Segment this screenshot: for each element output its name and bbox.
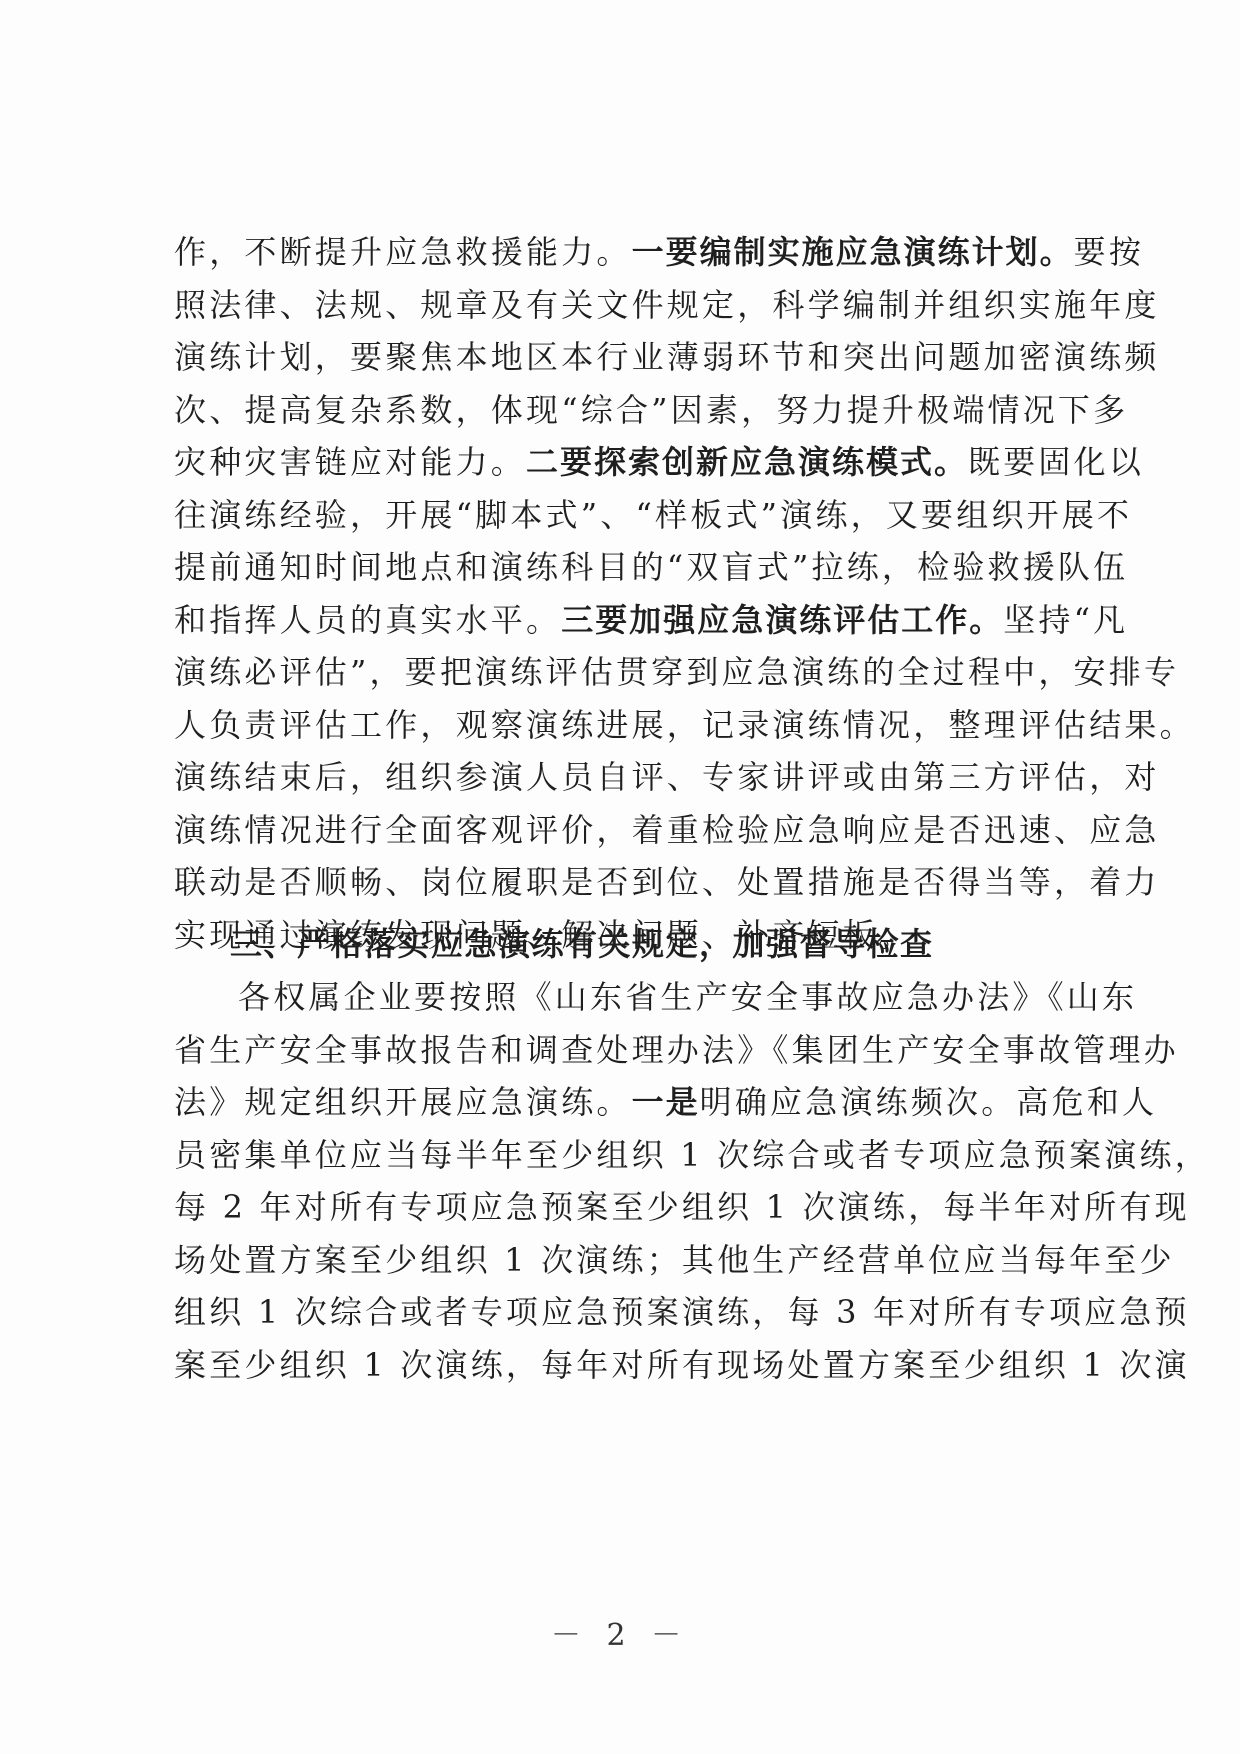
text-segment: 组织 1 次综合或者专项应急预案演练，每 3 年对所有专项应急预 [174,1293,1190,1331]
text-segment: 演练必评估”，要把演练评估贯穿到应急演练的全过程中，安排专 [174,653,1179,691]
text-line: 和指挥人员的真实水平。三要加强应急演练评估工作。坚持“凡 [174,600,1128,640]
text-segment: 提前通知时间地点和演练科目的“双盲式”拉练，检验救援队伍 [174,548,1128,586]
text-segment: 每 2 年对所有专项应急预案至少组织 1 次演练，每半年对所有现 [174,1188,1190,1226]
text-segment: 演练结束后，组织参演人员自评、专家讲评或由第三方评估，对 [174,758,1160,796]
text-segment: 坚持“凡 [1003,601,1128,639]
text-segment: 人负责评估工作，观察演练进展，记录演练情况，整理评估结果。 [174,706,1195,744]
bold-phrase: 二要探索创新应急演练模式。 [526,443,968,481]
page-number: － 2 － [0,1610,1240,1654]
text-line: 作，不断提升应急救援能力。一要编制实施应急演练计划。要按 [174,232,1144,272]
text-line: 省生产安全事故报告和调查处理办法》《集团生产安全事故管理办 [174,1030,1179,1070]
text-segment: 演练情况进行全面客观评价，着重检验应急响应是否迅速、应急 [174,811,1160,849]
text-line: 人负责评估工作，观察演练进展，记录演练情况，整理评估结果。 [174,705,1195,745]
text-line: 每 2 年对所有专项应急预案至少组织 1 次演练，每半年对所有现 [174,1187,1190,1227]
text-segment: 灾种灾害链应对能力。 [174,443,526,481]
text-segment: 案至少组织 1 次演练，每年对所有现场处置方案至少组织 1 次演 [174,1346,1190,1384]
text-line: 联动是否顺畅、岗位履职是否到位、处置措施是否得当等，着力 [174,862,1160,902]
text-line: 照法律、法规、规章及有关文件规定，科学编制并组织实施年度 [174,285,1160,325]
text-line: 演练情况进行全面客观评价，着重检验应急响应是否迅速、应急 [174,810,1160,850]
text-segment: 联动是否顺畅、岗位履职是否到位、处置措施是否得当等，着力 [174,863,1160,901]
section-heading: 三、严格落实应急演练有关规定，加强督导检查 [230,924,934,964]
text-line: 员密集单位应当每半年至少组织 1 次综合或者专项应急预案演练， [174,1135,1210,1175]
bold-phrase: 三要加强应急演练评估工作。 [561,601,1003,639]
text-line: 各权属企业要按照《山东省生产安全事故应急办法》《山东 [238,977,1137,1017]
text-segment: 既要固化以 [968,443,1144,481]
bold-phrase: 一要编制实施应急演练计划。 [632,233,1074,271]
text-line: 灾种灾害链应对能力。二要探索创新应急演练模式。既要固化以 [174,442,1144,482]
text-segment: 要按 [1074,233,1144,271]
bold-phrase: 一是 [632,1083,700,1121]
text-segment: 和指挥人员的真实水平。 [174,601,561,639]
text-line: 次、提高复杂系数，体现“综合”因素，努力提升极端情况下多 [174,390,1128,430]
text-line: 演练必评估”，要把演练评估贯穿到应急演练的全过程中，安排专 [174,652,1179,692]
text-segment: 各权属企业要按照《山东省生产安全事故应急办法》《山东 [238,978,1137,1016]
text-segment: 次、提高复杂系数，体现“综合”因素，努力提升极端情况下多 [174,391,1128,429]
text-segment: 往演练经验，开展“脚本式”、“样板式”演练，又要组织开展不 [174,496,1132,534]
text-line: 演练计划，要聚焦本地区本行业薄弱环节和突出问题加密演练频 [174,337,1160,377]
text-line: 往演练经验，开展“脚本式”、“样板式”演练，又要组织开展不 [174,495,1132,535]
text-segment: 员密集单位应当每半年至少组织 1 次综合或者专项应急预案演练， [174,1136,1210,1174]
text-segment: 场处置方案至少组织 1 次演练；其他生产经营单位应当每年至少 [174,1241,1175,1279]
text-segment: 作，不断提升应急救援能力。 [174,233,632,271]
text-segment: 照法律、法规、规章及有关文件规定，科学编制并组织实施年度 [174,286,1160,324]
text-line: 案至少组织 1 次演练，每年对所有现场处置方案至少组织 1 次演 [174,1345,1190,1385]
text-segment: 省生产安全事故报告和调查处理办法》《集团生产安全事故管理办 [174,1031,1179,1069]
text-segment: 明确应急演练频次。高危和人 [700,1083,1158,1121]
text-line: 组织 1 次综合或者专项应急预案演练，每 3 年对所有专项应急预 [174,1292,1190,1332]
text-line: 场处置方案至少组织 1 次演练；其他生产经营单位应当每年至少 [174,1240,1175,1280]
text-line: 提前通知时间地点和演练科目的“双盲式”拉练，检验救援队伍 [174,547,1128,587]
text-segment: 演练计划，要聚焦本地区本行业薄弱环节和突出问题加密演练频 [174,338,1160,376]
text-line: 演练结束后，组织参演人员自评、专家讲评或由第三方评估，对 [174,757,1160,797]
document-page: 作，不断提升应急救援能力。一要编制实施应急演练计划。要按照法律、法规、规章及有关… [0,0,1240,1754]
text-line: 法》规定组织开展应急演练。一是明确应急演练频次。高危和人 [174,1082,1157,1122]
text-segment: 法》规定组织开展应急演练。 [174,1083,632,1121]
